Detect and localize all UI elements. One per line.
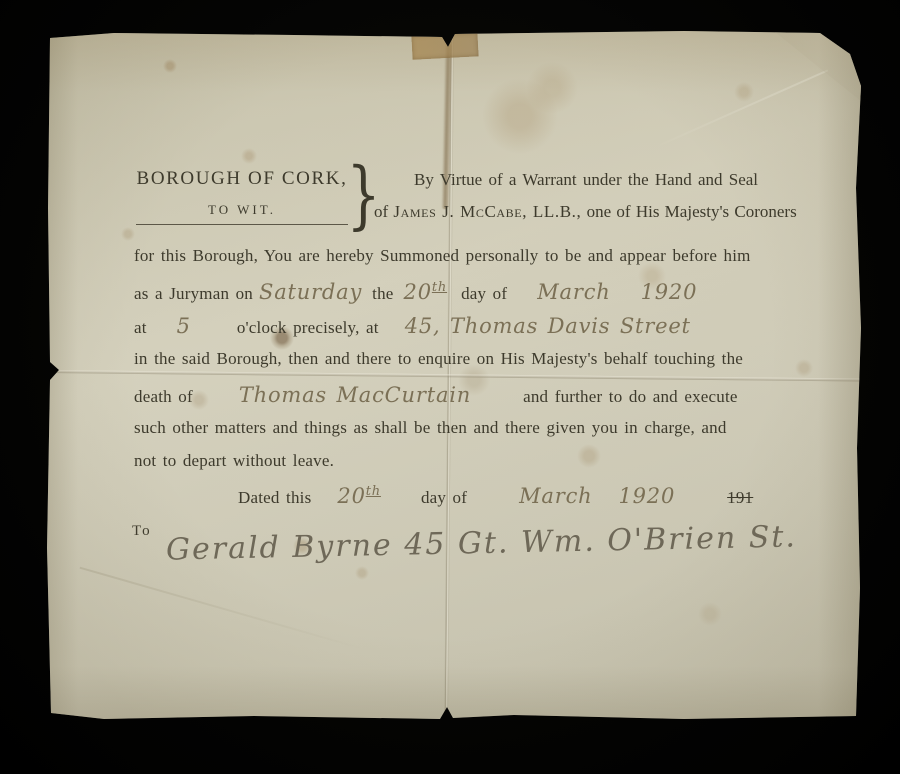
summons-line-3: at5o'clock precisely, at45, Thomas Davis… [134, 314, 691, 338]
coroner-name: James J. McCabe, LL.B., [393, 202, 581, 221]
addressee-line: ToGerald Byrne 45 Gt. Wm. O'Brien St. [132, 523, 797, 561]
day-ordinal: th [432, 280, 447, 295]
coroner-line-prefix: of [374, 202, 388, 221]
borough-title: BOROUGH OF CORK, [136, 168, 348, 190]
handwritten-dated-day: 20th [337, 484, 381, 508]
diagonal-crease-bottom-left [80, 567, 369, 652]
handwritten-day-of-week: Saturday [259, 280, 362, 304]
to-label: To [132, 523, 152, 539]
the-text: the [372, 284, 393, 303]
summons-line-1: for this Borough, You are hereby Summone… [134, 246, 751, 266]
horizontal-fold-crease [44, 370, 862, 382]
handwritten-day-number: 20th [404, 280, 448, 304]
to-wit-label: TO WIT. [136, 202, 348, 225]
further-text: and further to do and execute [523, 387, 738, 406]
header-left-block: BOROUGH OF CORK, TO WIT. [136, 168, 348, 225]
summons-line-7: not to depart without leave. [134, 451, 334, 471]
death-of-text: death of [134, 387, 193, 406]
handwritten-year: 1920 [641, 280, 698, 304]
coroner-line-suffix: one of His Majesty's Coroners [587, 202, 797, 221]
handwritten-deceased-name: Thomas MacCurtain [239, 383, 471, 407]
struck-out-printed-year: 191 [727, 488, 753, 507]
warrant-line: By Virtue of a Warrant under the Hand an… [374, 170, 797, 190]
diagonal-crease-top-right [654, 69, 828, 148]
photo-background: BOROUGH OF CORK, TO WIT. } By Virtue of … [0, 0, 900, 774]
summons-line-4: in the said Borough, then and there to e… [134, 349, 743, 369]
summons-line-5: death ofThomas MacCurtainand further to … [134, 383, 738, 407]
handwritten-dated-month: March [519, 484, 592, 508]
summons-line-2: as a Juryman onSaturdaythe20thday ofMarc… [134, 280, 697, 304]
dated-day-number: 20 [337, 484, 365, 508]
day-number: 20 [404, 280, 432, 304]
dated-day-of-text: day of [421, 488, 467, 507]
at-text: at [134, 318, 147, 337]
juryman-text: as a Juryman on [134, 284, 253, 303]
handwritten-month: March [537, 280, 610, 304]
summons-line-6: such other matters and things as shall b… [134, 418, 727, 438]
oclock-text: o'clock precisely, at [237, 318, 379, 337]
tape-patch [411, 32, 478, 59]
handwritten-addressee: Gerald Byrne 45 Gt. Wm. O'Brien St. [165, 519, 797, 567]
dated-this-text: Dated this [238, 488, 311, 507]
handwritten-dated-year: 1920 [618, 484, 675, 508]
handwritten-hour: 5 [177, 314, 191, 338]
dated-line: Dated this20thday ofMarch1920191 [238, 484, 753, 508]
dated-day-ordinal: th [366, 484, 381, 499]
coroner-line: of James J. McCabe, LL.B., one of His Ma… [374, 202, 797, 222]
day-of-text: day of [461, 284, 507, 303]
header-right-block: By Virtue of a Warrant under the Hand an… [374, 170, 797, 222]
document-paper: BOROUGH OF CORK, TO WIT. } By Virtue of … [44, 28, 862, 722]
handwritten-venue: 45, Thomas Davis Street [405, 314, 691, 338]
